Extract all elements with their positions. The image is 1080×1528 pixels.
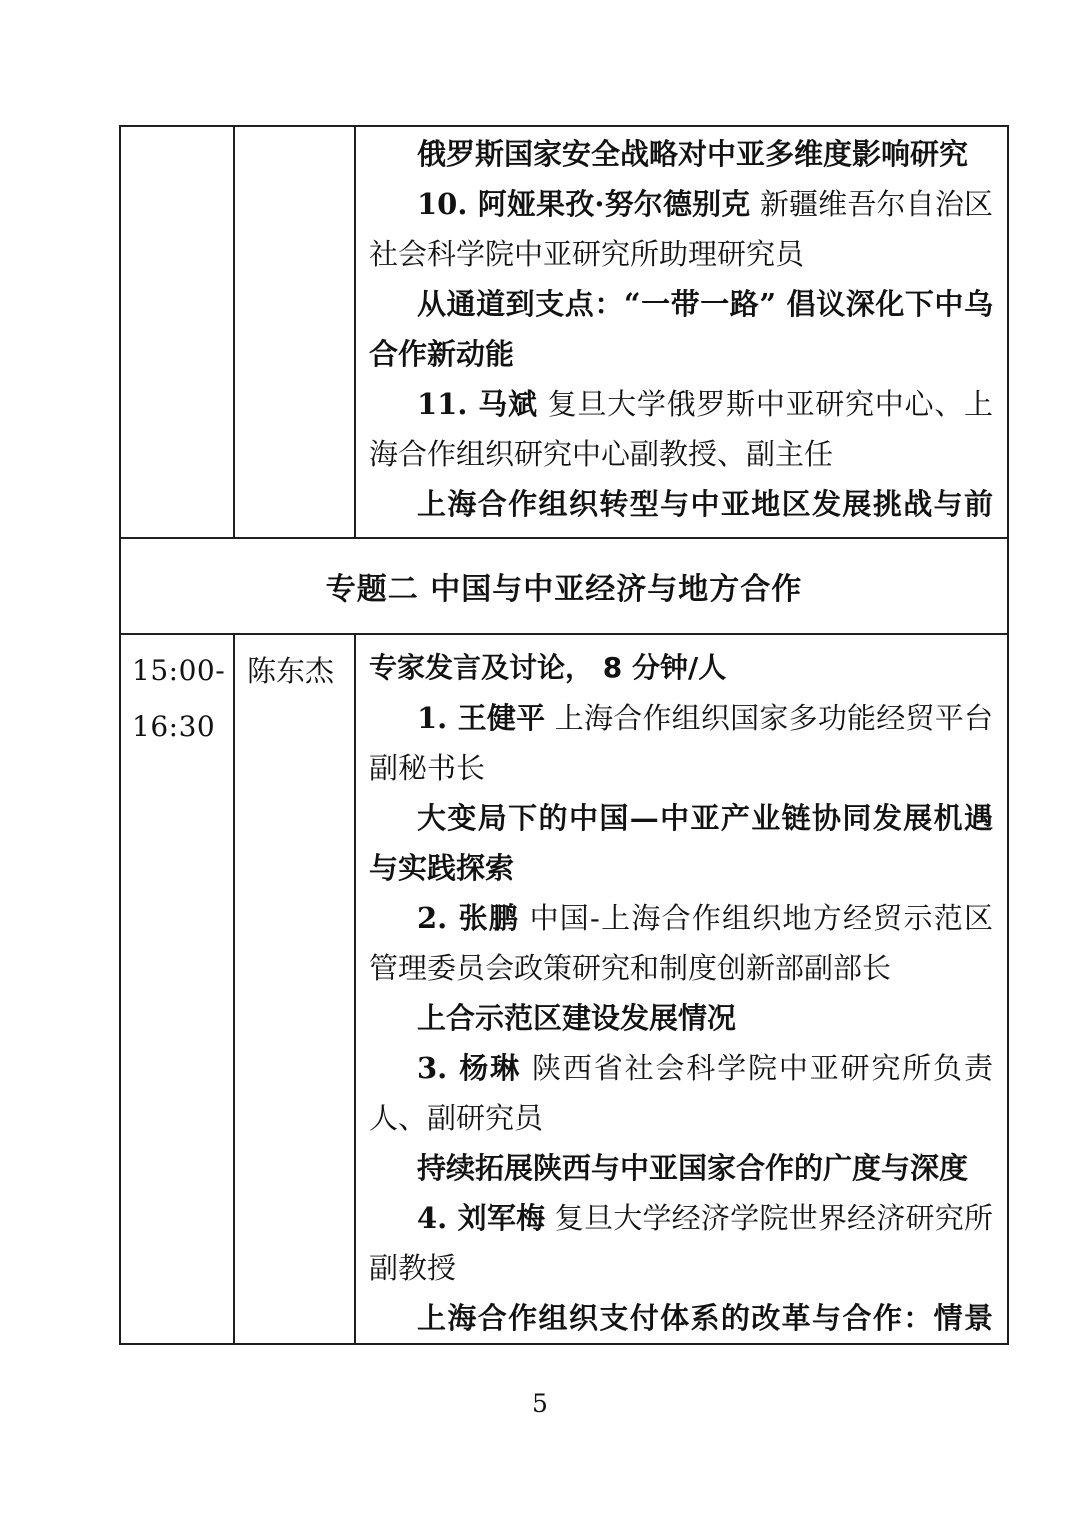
text-run: 2. 张鹏 — [417, 901, 519, 935]
text-run: 1. 王健平 — [417, 701, 545, 735]
moderator-cell: 陈东杰 — [235, 635, 356, 1343]
table-row-section-header: 专题二 中国与中亚经济与地方合作 — [121, 537, 1007, 633]
page-number: 5 — [0, 1386, 1080, 1422]
text-run: 上海合作组织支付体系的改革与合作：情景假设与政策启示 — [369, 1301, 993, 1343]
paragraph: 4. 刘军梅 复旦大学经济学院世界经济研究所副教授 — [369, 1193, 993, 1293]
text-run: 上合示范区建设发展情况 — [417, 1001, 736, 1035]
paragraph: 专家发言及讨论， 8 分钟/人 — [369, 643, 993, 693]
text-run: 3. 杨琳 — [417, 1051, 521, 1085]
text-run: 从通道到支点：“一带一路” 倡议深化下中乌合作新动能 — [369, 287, 993, 371]
time-cell: 15:00- 16:30 — [121, 635, 235, 1343]
text-run: 4. 刘军梅 — [417, 1201, 545, 1235]
time-start: 15:00- — [132, 643, 229, 699]
moderator-cell-empty — [235, 127, 356, 537]
text-run: 大变局下的中国—中亚产业链协同发展机遇与实践探索 — [369, 801, 993, 885]
section-title: 专题二 中国与中亚经济与地方合作 — [326, 564, 802, 608]
text-run: 专家发言及讨论， 8 分钟/人 — [369, 651, 726, 684]
time-cell-empty — [121, 127, 235, 537]
agenda-table: 俄罗斯国家安全战略对中亚多维度影响研究10. 阿娅果孜·努尔德别克 新疆维吾尔自… — [119, 125, 1009, 1345]
paragraph: 大变局下的中国—中亚产业链协同发展机遇与实践探索 — [369, 793, 993, 893]
text-run: 上海合作组织转型与中亚地区发展挑战与前景 — [369, 487, 993, 537]
paragraph: 持续拓展陕西与中亚国家合作的广度与深度 — [369, 1143, 993, 1193]
table-row-session2: 15:00- 16:30 陈东杰 专家发言及讨论， 8 分钟/人1. 王健平 上… — [121, 633, 1007, 1343]
moderator-name: 陈东杰 — [247, 654, 334, 688]
table-row-session1-continued: 俄罗斯国家安全战略对中亚多维度影响研究10. 阿娅果孜·努尔德别克 新疆维吾尔自… — [121, 127, 1007, 537]
document-page: { "page": { "number": "5" }, "table": { … — [0, 0, 1080, 1528]
text-run: 持续拓展陕西与中亚国家合作的广度与深度 — [417, 1151, 968, 1185]
text-run: 11. 马斌 — [417, 387, 538, 421]
paragraph: 上海合作组织支付体系的改革与合作：情景假设与政策启示 — [369, 1293, 993, 1343]
paragraph: 上合示范区建设发展情况 — [369, 993, 993, 1043]
text-run: 10. 阿娅果孜·努尔德别克 — [417, 187, 750, 221]
paragraph: 2. 张鹏 中国-上海合作组织地方经贸示范区管理委员会政策研究和制度创新部副部长 — [369, 893, 993, 993]
session-content: 专家发言及讨论， 8 分钟/人1. 王健平 上海合作组织国家多功能经贸平台副秘书… — [356, 635, 1007, 1343]
time-end: 16:30 — [132, 699, 229, 755]
session-content: 俄罗斯国家安全战略对中亚多维度影响研究10. 阿娅果孜·努尔德别克 新疆维吾尔自… — [356, 127, 1007, 537]
paragraph: 上海合作组织转型与中亚地区发展挑战与前景 — [369, 479, 993, 537]
paragraph: 10. 阿娅果孜·努尔德别克 新疆维吾尔自治区社会科学院中亚研究所助理研究员 — [369, 179, 993, 279]
text-run: 俄罗斯国家安全战略对中亚多维度影响研究 — [417, 137, 968, 171]
paragraph: 3. 杨琳 陕西省社会科学院中亚研究所负责人、副研究员 — [369, 1043, 993, 1143]
paragraph: 1. 王健平 上海合作组织国家多功能经贸平台副秘书长 — [369, 693, 993, 793]
paragraph: 11. 马斌 复旦大学俄罗斯中亚研究中心、上海合作组织研究中心副教授、副主任 — [369, 379, 993, 479]
paragraph: 俄罗斯国家安全战略对中亚多维度影响研究 — [369, 129, 993, 179]
paragraph: 从通道到支点：“一带一路” 倡议深化下中乌合作新动能 — [369, 279, 993, 379]
